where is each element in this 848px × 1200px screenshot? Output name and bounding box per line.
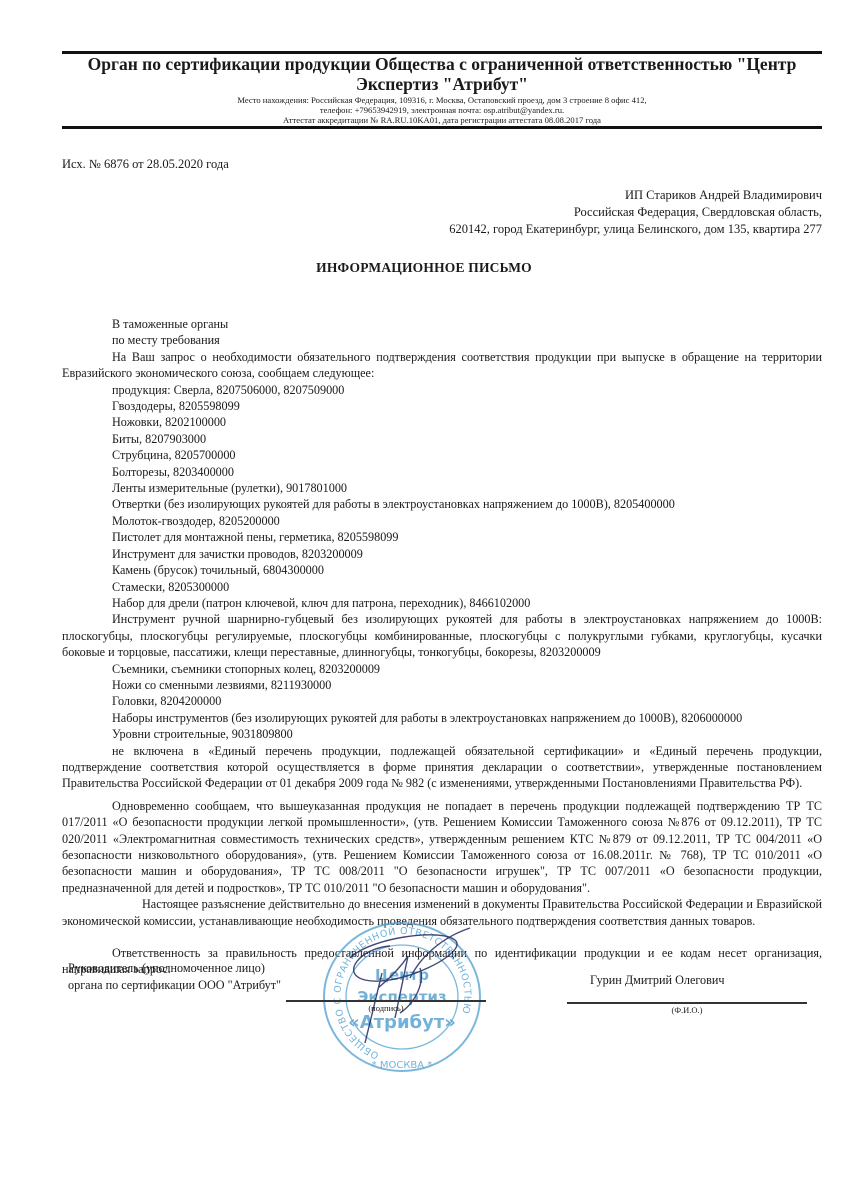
product-item-long: Инструмент ручной шарнирно-губцевый без …	[62, 611, 822, 660]
product-item: Набор для дрели (патрон ключевой, ключ д…	[62, 595, 822, 611]
organization-name-line2: Экспертиз "Атрибут"	[62, 74, 822, 94]
addressee-address: 620142, город Екатеринбург, улица Белинс…	[449, 221, 822, 238]
addressee-region: Российская Федерация, Свердловская облас…	[449, 204, 822, 221]
product-item: Наборы инструментов (без изолирующих рук…	[62, 710, 822, 726]
signatory-role-line2: органа по сертификации ООО "Атрибут"	[68, 977, 281, 994]
product-item: Инструмент для зачистки проводов, 820320…	[62, 546, 822, 562]
product-item: Ножи со сменными лезвиями, 8211930000	[62, 677, 822, 693]
signatory-role: Руководитель (уполномоченное лицо) орган…	[68, 960, 281, 994]
letter-body: В таможенные органы по месту требования …	[62, 316, 822, 978]
product-item: Отвертки (без изолирующих рукоятей для р…	[62, 496, 822, 512]
product-item: Гвоздодеры, 8205598099	[62, 398, 822, 414]
organization-accreditation: Аттестат аккредитации № RA.RU.10KA01, да…	[62, 115, 822, 126]
technical-regulations-paragraph: Одновременно сообщаем, что вышеуказанная…	[62, 798, 822, 896]
signature-caption: (подпись)	[286, 1003, 486, 1013]
product-item: Уровни строительные, 9031809800	[62, 726, 822, 742]
product-item: Молоток-гвоздодер, 8205200000	[62, 513, 822, 529]
organization-stamp-icon: ОБЩЕСТВО С ОГРАНИЧЕННОЙ ОТВЕТСТВЕННОСТЬЮ…	[320, 918, 485, 1076]
recipient-line1: В таможенные органы	[62, 316, 822, 332]
product-item: Биты, 8207903000	[62, 431, 822, 447]
not-included-paragraph: не включена в «Единый перечень продукции…	[62, 743, 822, 792]
signature-line	[286, 1000, 486, 1002]
intro-paragraph: На Ваш запрос о необходимости обязательн…	[62, 349, 822, 382]
organization-name: Орган по сертификации продукции Общества…	[62, 54, 822, 94]
product-item: продукция: Сверла, 8207506000, 820750900…	[62, 382, 822, 398]
product-item: Камень (брусок) точильный, 6804300000	[62, 562, 822, 578]
letterhead-bottom-rule	[62, 126, 822, 129]
outgoing-reference: Исх. № 6876 от 28.05.2020 года	[62, 157, 229, 172]
product-item: Болторезы, 8203400000	[62, 464, 822, 480]
product-item: Стамески, 8205300000	[62, 579, 822, 595]
document-title: ИНФОРМАЦИОННОЕ ПИСЬМО	[0, 260, 848, 276]
svg-text:* МОСКВА *: * МОСКВА *	[372, 1060, 433, 1071]
signatory-name: Гурин Дмитрий Олегович	[590, 973, 725, 988]
product-item: Пистолет для монтажной пены, герметика, …	[62, 529, 822, 545]
product-item: Струбцина, 8205700000	[62, 447, 822, 463]
product-item: Съемники, съемники стопорных колец, 8203…	[62, 661, 822, 677]
product-item: Головки, 8204200000	[62, 693, 822, 709]
addressee-block: ИП Стариков Андрей Владимирович Российск…	[449, 187, 822, 238]
addressee-name: ИП Стариков Андрей Владимирович	[449, 187, 822, 204]
name-line	[567, 1002, 807, 1004]
recipient-line2: по месту требования	[62, 332, 822, 348]
product-item: Ленты измерительные (рулетки), 901780100…	[62, 480, 822, 496]
svg-text:«Атрибут»: «Атрибут»	[348, 1012, 456, 1033]
organization-name-line1: Орган по сертификации продукции Общества…	[62, 54, 822, 74]
signatory-role-line1: Руководитель (уполномоченное лицо)	[68, 960, 281, 977]
product-item: Ножовки, 8202100000	[62, 414, 822, 430]
name-caption: (Ф.И.О.)	[567, 1005, 807, 1015]
